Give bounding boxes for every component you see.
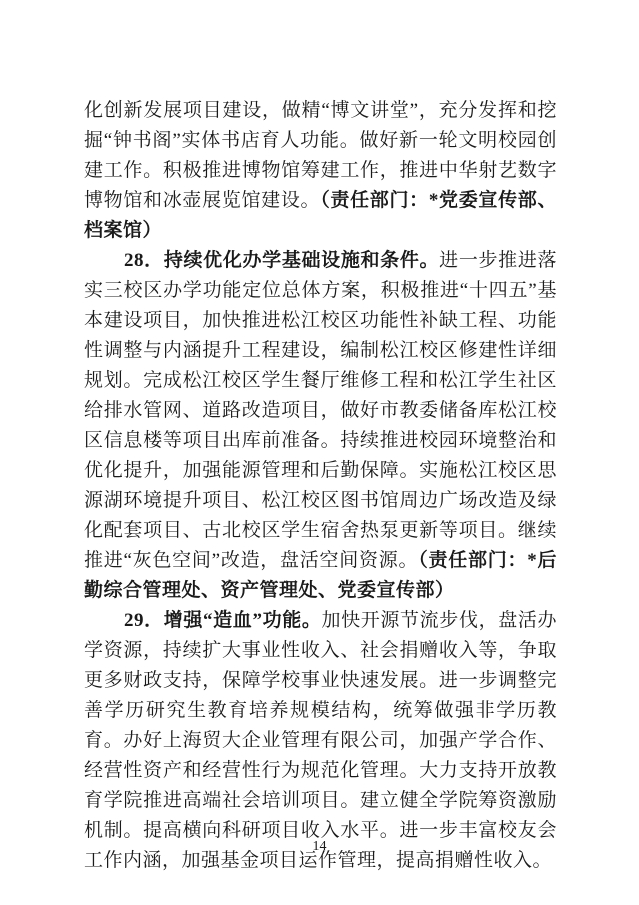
page-number: 14: [0, 838, 639, 856]
body-text: 加快开源节流步伐，盘活办学资源，持续扩大事业性收入、社会捐赠收入等，争取更多财政…: [84, 610, 557, 871]
document-body: 化创新发展项目建设，做精“博文讲堂”，充分发挥和挖掘“钟书阁”实体书店育人功能。…: [84, 96, 557, 876]
item-28-heading: 28．持续优化办学基础设施和条件。: [124, 250, 439, 271]
document-page: 化创新发展项目建设，做精“博文讲堂”，充分发挥和挖掘“钟书阁”实体书店育人功能。…: [0, 0, 639, 905]
paragraph-item-29: 29．增强“造血”功能。加快开源节流步伐，盘活办学资源，持续扩大事业性收入、社会…: [84, 606, 557, 876]
paragraph-continuation: 化创新发展项目建设，做精“博文讲堂”，充分发挥和挖掘“钟书阁”实体书店育人功能。…: [84, 96, 557, 246]
body-text: 进一步推进落实三校区办学功能定位总体方案，积极推进“十四五”基本建设项目，加快推…: [84, 250, 557, 571]
paragraph-item-28: 28．持续优化办学基础设施和条件。进一步推进落实三校区办学功能定位总体方案，积极…: [84, 246, 557, 606]
item-29-heading: 29．增强“造血”功能。: [124, 610, 322, 631]
